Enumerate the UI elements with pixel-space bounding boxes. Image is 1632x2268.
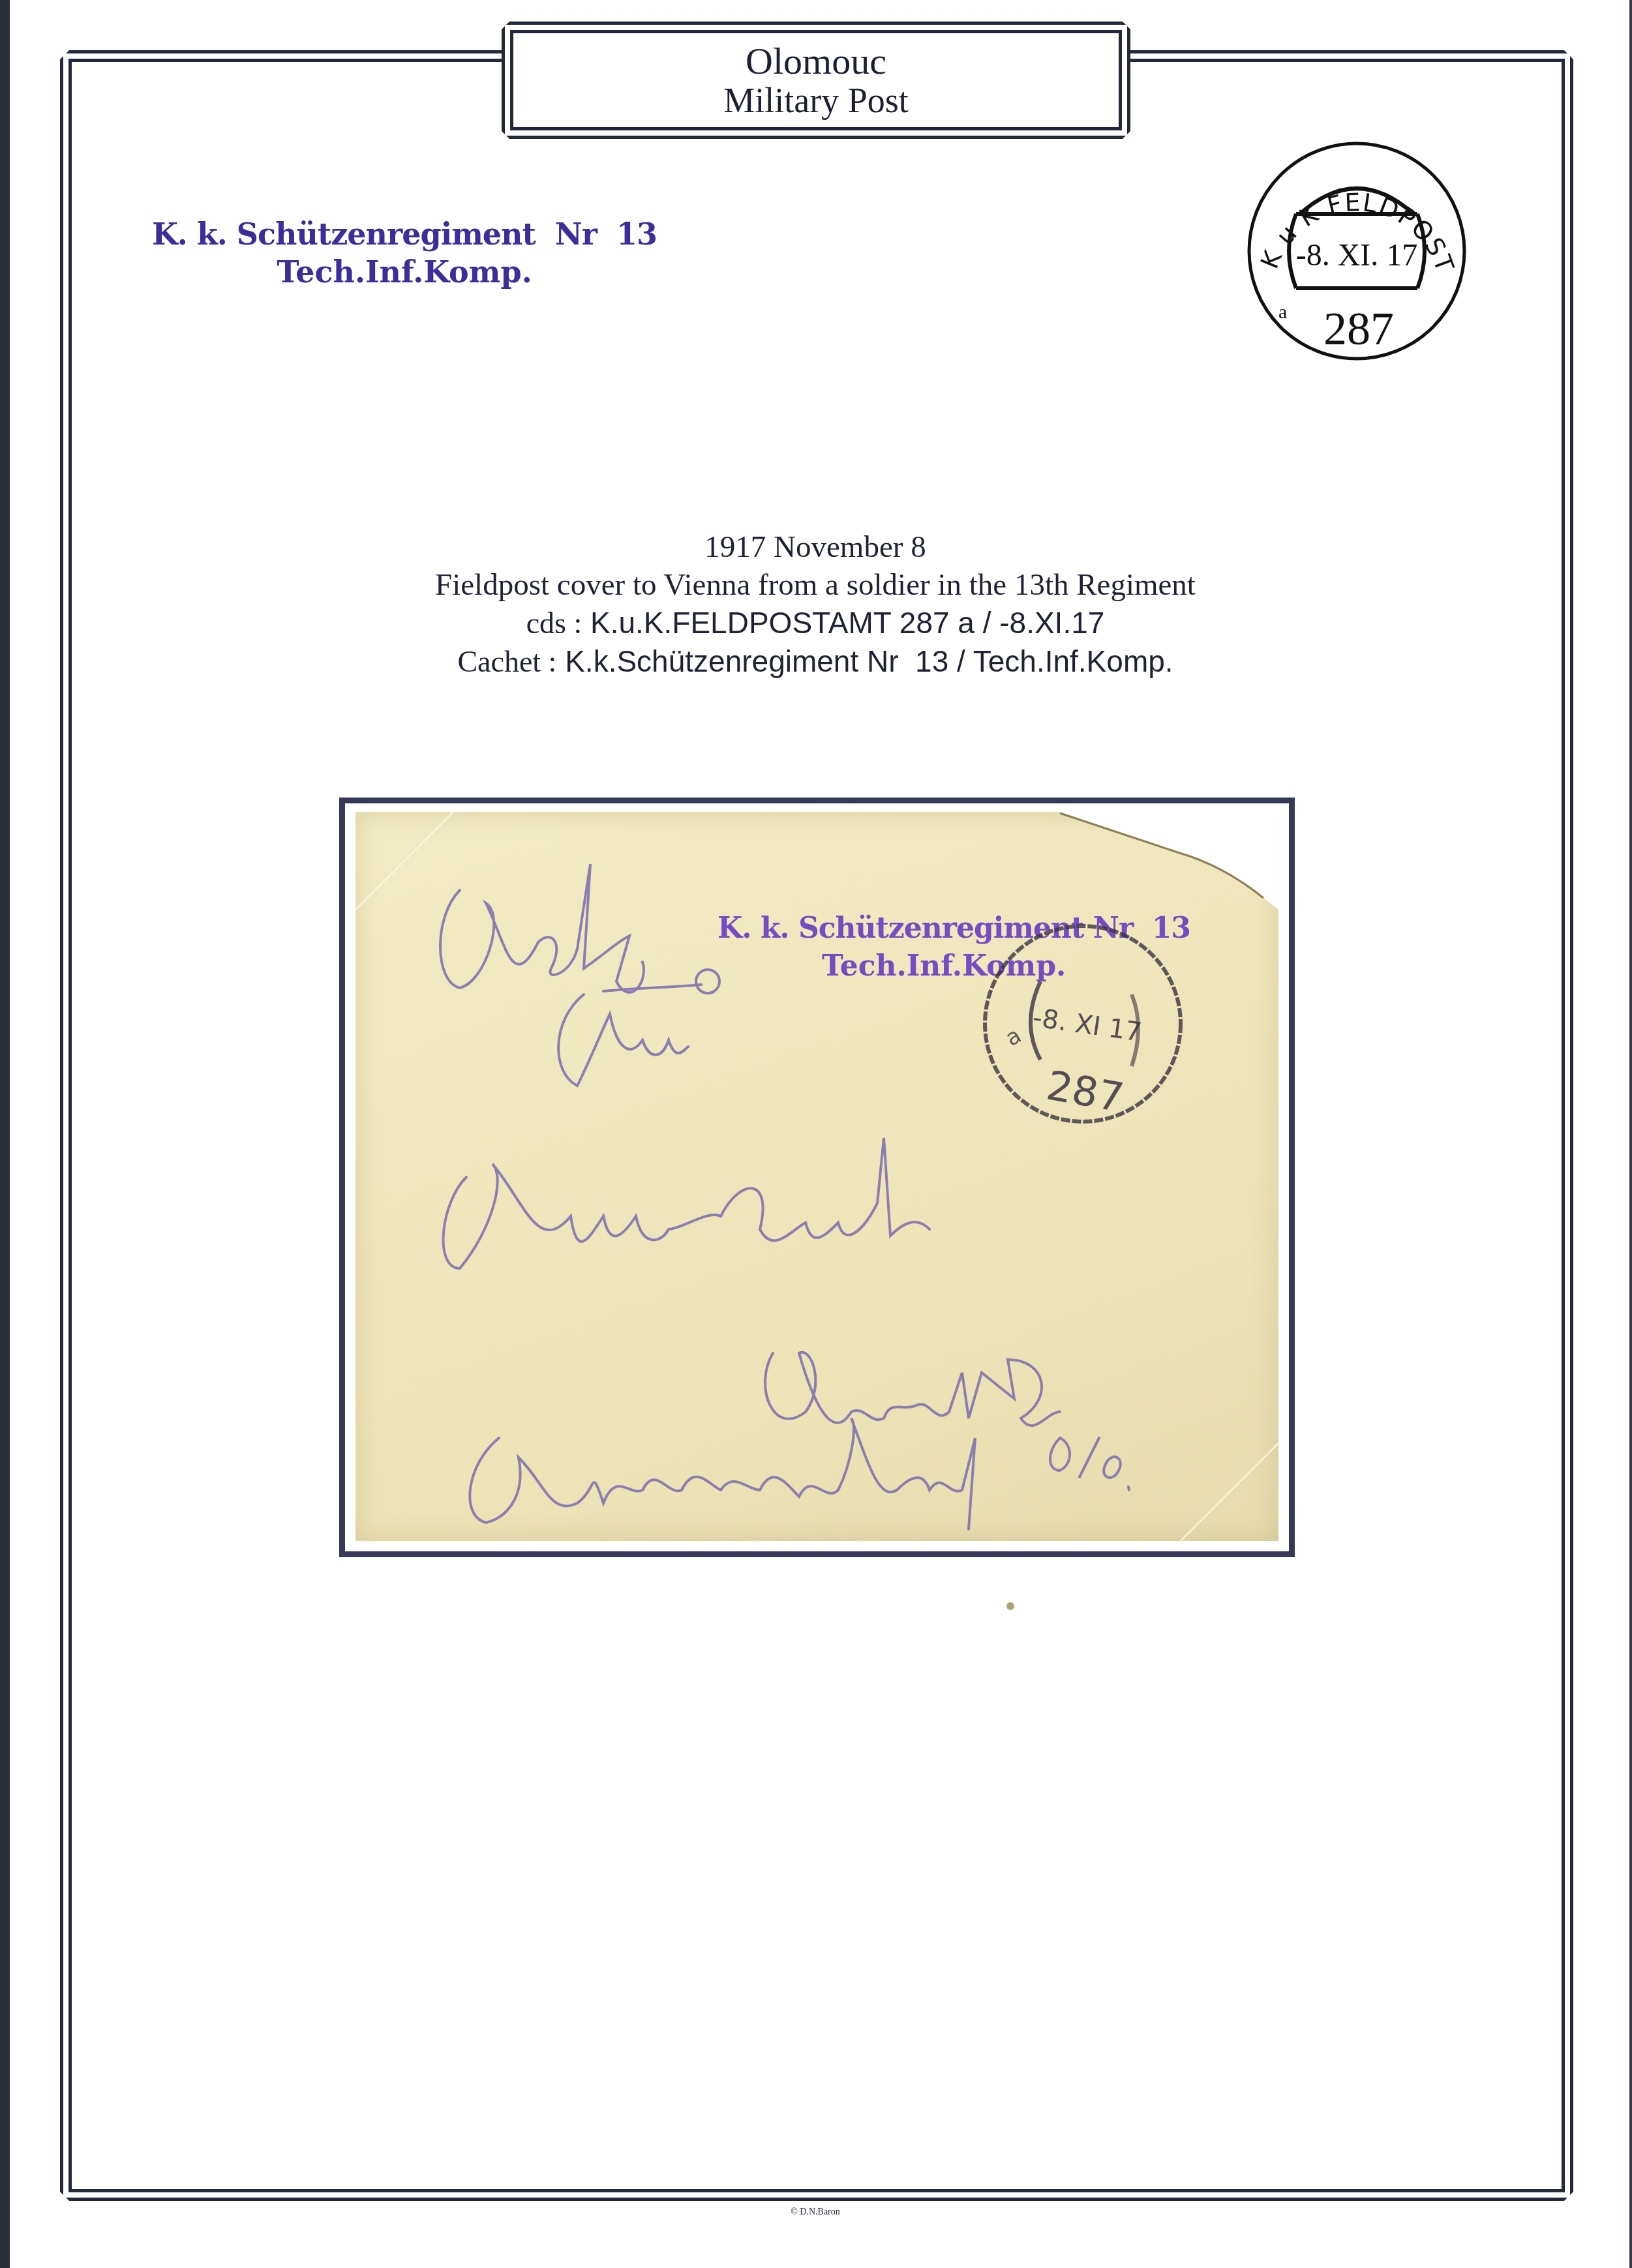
envelope-postmark-number: 287 [1043,1062,1127,1122]
scan-edge-left [0,0,10,2268]
cds-number: 287 [1323,303,1394,355]
cachet-label: Cachet : [457,645,556,678]
envelope-cover-image: K. k. Schützenregiment Nr 13 Tech.Inf.Ko… [355,812,1278,1541]
cds-label: cds : [526,606,582,640]
page-title-box: Olomouc Military Post [502,22,1130,139]
description-date: 1917 November 8 [196,528,1435,566]
scan-edge-right [1629,0,1632,2268]
regiment-cachet-line1: K. k. Schützenregiment Nr 13 [150,215,659,253]
envelope-postmark-date: -8. XI 17 [1031,1003,1143,1048]
cachet-value: K.k.Schützenregiment Nr 13 / Tech.Inf.Ko… [565,644,1173,678]
regiment-cachet-illustration: K. k. Schützenregiment Nr 13 Tech.Inf.Ko… [150,215,659,291]
cds-date: -8. XI. 17 [1296,238,1418,273]
page-title: Olomouc [746,41,886,82]
envelope-postmark: -8. XI 17 a 287 [969,910,1197,1138]
postmark-icon: K u K FELDPOSTAMT -8. XI. 17 a 287 [1243,137,1471,365]
cds-postmark-illustration: K u K FELDPOSTAMT -8. XI. 17 a 287 [1243,137,1471,365]
page-subtitle: Military Post [723,82,909,119]
description-cachet: Cachet : K.k.Schützenregiment Nr 13 / Te… [196,642,1435,681]
cds-value: K.u.K.FELDPOSTAMT 287 a / -8.XI.17 [590,606,1104,640]
regiment-cachet-line2: Tech.Inf.Komp. [150,253,659,291]
description-summary: Fieldpost cover to Vienna from a soldier… [196,566,1435,604]
dust-speck [1006,1602,1014,1610]
envelope-postmark-letter: a [1001,1022,1026,1052]
copyright-notice: © D.N.Baron [776,2207,854,2218]
cover-description: 1917 November 8 Fieldpost cover to Vienn… [196,528,1435,681]
envelope-postmark-icon: -8. XI 17 a 287 [969,910,1197,1138]
cds-letter: a [1278,301,1287,323]
page-title-inner: Olomouc Military Post [510,30,1122,130]
description-cds: cds : K.u.K.FELDPOSTAMT 287 a / -8.XI.17 [196,604,1435,642]
